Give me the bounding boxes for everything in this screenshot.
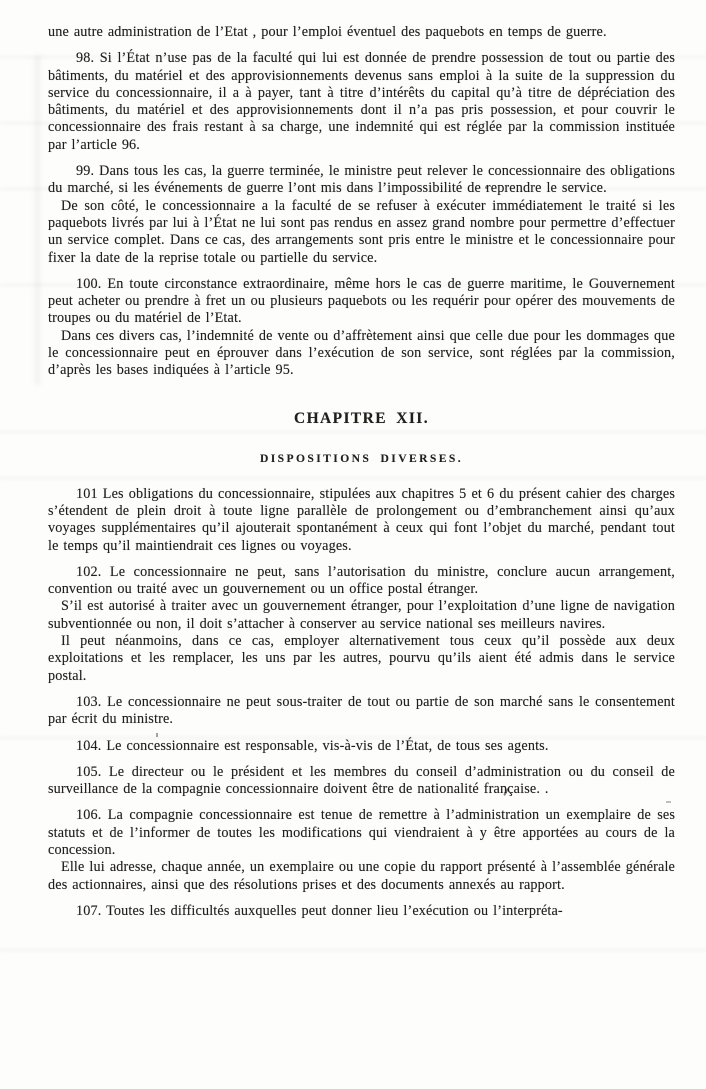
- continuation-paragraph: une autre administration de l’Etat , pou…: [48, 24, 675, 41]
- article-98-paragraph: 98. Si l’État n’use pas de la faculté qu…: [48, 50, 675, 154]
- article-102-subparagraph-1: S’il est autorisé à traiter avec un gouv…: [48, 598, 675, 633]
- scanned-document-page: une autre administration de l’Etat , pou…: [0, 0, 706, 1089]
- article-103-paragraph: 103. Le concessionnaire ne peut sous-tra…: [48, 694, 675, 729]
- article-100-subparagraph: Dans ces divers cas, l’indemnité de vent…: [48, 328, 675, 380]
- article-99-subparagraph: De son côté, le concessionnaire a la fac…: [48, 198, 675, 267]
- text-column: une autre administration de l’Etat , pou…: [48, 24, 675, 920]
- section-heading: DISPOSITIONS DIVERSES.: [48, 452, 675, 465]
- article-106-subparagraph: Elle lui adresse, chaque année, un exemp…: [48, 859, 675, 894]
- article-104-paragraph: 104. Le concessionnaire est responsable,…: [48, 738, 675, 755]
- article-106-paragraph: 106. La compagnie concessionnaire est te…: [48, 807, 675, 859]
- article-101-paragraph: 101 Les obligations du concessionnaire, …: [48, 486, 675, 555]
- scan-band: [0, 948, 706, 952]
- article-99-paragraph: 99. Dans tous les cas, la guerre terminé…: [48, 163, 675, 198]
- article-107-partial-paragraph: 107. Toutes les difficultés auxquelles p…: [48, 903, 675, 920]
- article-100-paragraph: 100. En toute circonstance extraordinair…: [48, 276, 675, 328]
- scan-streak: [34, 55, 41, 385]
- article-105-paragraph: 105. Le directeur ou le président et les…: [48, 764, 675, 799]
- chapter-heading: CHAPITRE XII.: [48, 410, 675, 428]
- article-102-subparagraph-2: Il peut néanmoins, dans ce cas, employer…: [48, 633, 675, 685]
- article-102-paragraph: 102. Le concessionnaire ne peut, sans l’…: [48, 564, 675, 599]
